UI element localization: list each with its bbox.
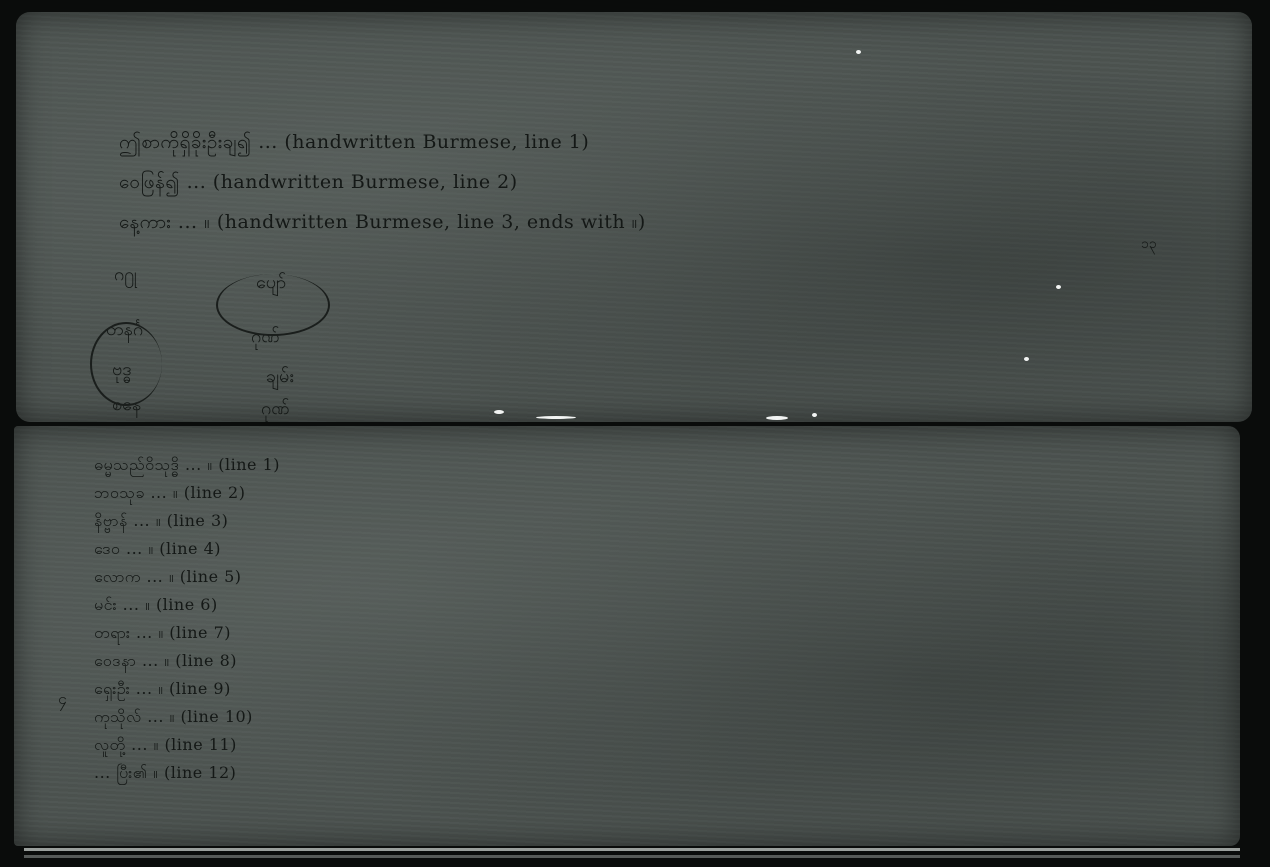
bottom-text-line-4: ဒေဝ ... ။ (line 4): [94, 538, 221, 562]
ink-loop-ornament: [90, 322, 162, 406]
bottom-text-line-6: မင်း ... ။ (line 6): [94, 594, 218, 618]
left-label-1: ဂ႐ု: [114, 262, 137, 289]
bottom-text-line-9: ရှေးဦး ... ။ (line 9): [94, 678, 231, 702]
right-label-3: ချမ်း: [266, 364, 294, 391]
paper-speck: [812, 413, 817, 417]
ink-loop-ornament: [216, 274, 330, 336]
top-text-line-2: ဝေဖြန်၍ ... (handwritten Burmese, line 2…: [119, 170, 518, 198]
top-text-line-3: နေ့ကား ... ။ (handwritten Burmese, line …: [119, 210, 646, 238]
paper-speck: [1056, 285, 1061, 289]
paper-speck: [1024, 357, 1029, 361]
marginal-note: ၁၃: [1141, 234, 1157, 255]
bottom-text-line-12: ... ပြီး၏ ။ (line 12): [94, 762, 236, 786]
bottom-text-line-5: လောက ... ။ (line 5): [94, 566, 242, 590]
paper-speck: [536, 416, 576, 419]
page-stack-edge: [24, 848, 1240, 851]
bottom-text-line-7: တရား ... ။ (line 7): [94, 622, 231, 646]
page-stack-edge: [24, 855, 1240, 858]
margin-mark: ၄: [58, 688, 67, 712]
paper-speck: [856, 50, 861, 54]
bottom-text-line-3: နိဗ္ဗာန် ... ။ (line 3): [94, 510, 228, 534]
bottom-text-line-10: ကုသိုလ် ... ။ (line 10): [94, 706, 253, 730]
top-text-line-1: ဤစာကိုရှိခိုးဦးချ၍ ... (handwritten Burm…: [119, 130, 589, 158]
bottom-text-line-8: ဝေဒနာ ... ။ (line 8): [94, 650, 237, 674]
bottom-text-line-11: လူတို့ ... ။ (line 11): [94, 734, 237, 758]
top-page-fold: ဤစာကိုရှိခိုးဦးချ၍ ... (handwritten Burm…: [16, 12, 1252, 422]
paper-speck: [494, 410, 504, 414]
bottom-text-line-2: ဘဝသုခ ... ။ (line 2): [94, 482, 245, 506]
right-label-4: ဂုဏ်: [261, 396, 289, 423]
paper-speck: [766, 416, 788, 420]
bottom-text-line-1: ဓမ္မသည်ဝိသုဒ္ဓိ ... ။ (line 1): [94, 454, 280, 478]
bottom-page-fold: ဓမ္မသည်ဝိသုဒ္ဓိ ... ။ (line 1) ဘဝသုခ ...…: [14, 426, 1240, 846]
